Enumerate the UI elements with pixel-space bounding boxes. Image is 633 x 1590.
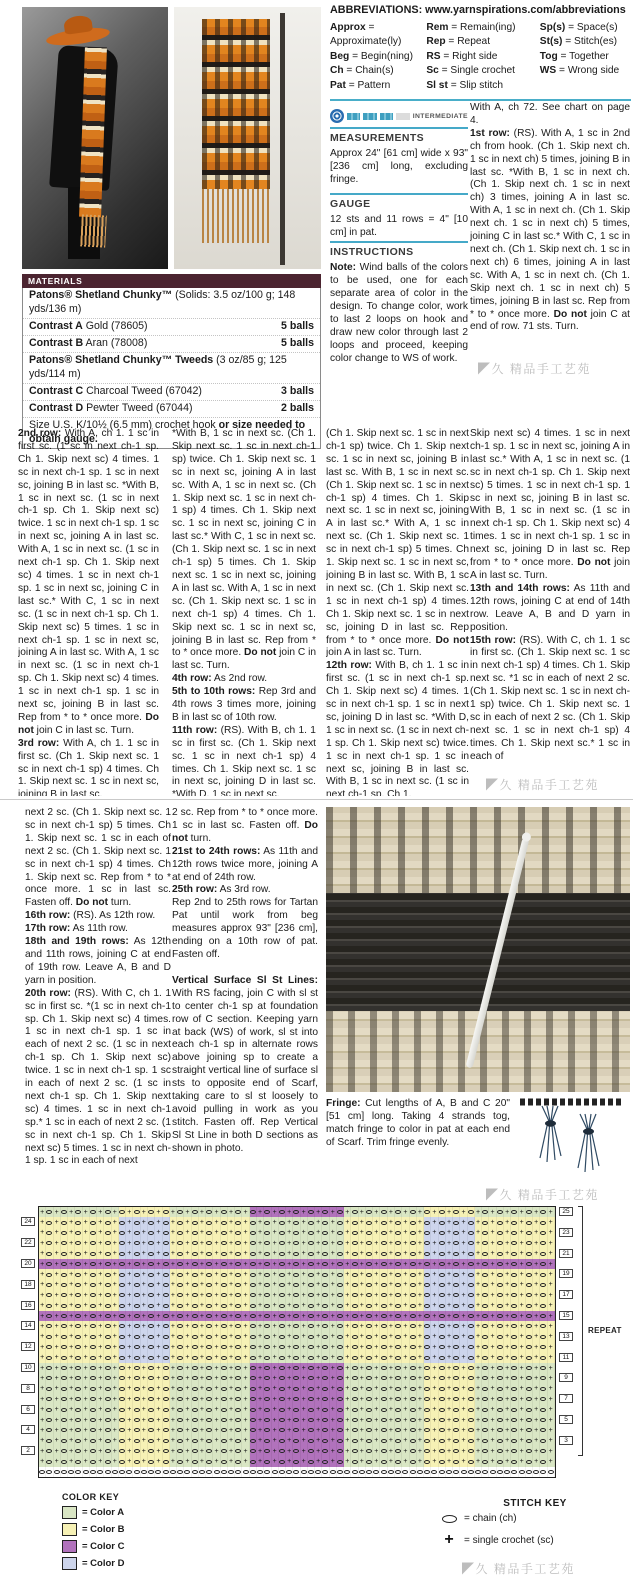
swatch-dark-band: [326, 893, 630, 1011]
pattern-paragraph: With A, ch 72. See chart on page 4.: [470, 102, 630, 128]
chart-row-number-right: 5: [559, 1415, 573, 1424]
color-key-item: = Color B: [62, 1523, 212, 1536]
pattern-paragraph: Sc = Single crochet: [426, 64, 531, 78]
chart-row-5: [39, 1415, 555, 1425]
color-key-items: = Color A= Color B= Color C= Color D: [62, 1506, 212, 1570]
ball-quantity: 5 balls: [275, 337, 314, 351]
instructions-title: INSTRUCTIONS: [330, 246, 468, 258]
chart-row-12: [39, 1342, 555, 1352]
chart-row-25: [39, 1207, 555, 1217]
stitch-key-item: += single crochet (sc): [440, 1532, 630, 1548]
chart-row-3: [39, 1436, 555, 1446]
chart-row-number-left: 4: [21, 1425, 35, 1434]
scarf-detail-photo: [174, 7, 321, 269]
color-swatch-a: [62, 1506, 77, 1519]
abbreviations-column-3: Sp(s) = Space(s)St(s) = Stitch(es)Tog = …: [540, 21, 631, 93]
chart-row-number-left: 14: [21, 1321, 35, 1330]
fringe-diagram: [514, 1094, 628, 1188]
stitch-key-items: = chain (ch)+= single crochet (sc): [440, 1513, 630, 1548]
chart-row-number-left: 18: [21, 1280, 35, 1289]
skill-level-label: INTERMEDIATE: [413, 113, 468, 120]
pattern-paragraph: Ch = Chain(s): [330, 64, 418, 78]
skill-bar-filled: [363, 113, 376, 120]
skill-level-badge: INTERMEDIATE: [330, 109, 468, 123]
pattern-column-4: Skip next sc) 4 times. 1 sc in next ch-1…: [470, 428, 630, 796]
watermark-text: ◤久 精品手工艺苑: [478, 360, 591, 377]
chart-row-22: [39, 1238, 555, 1248]
color-key-title: COLOR KEY: [62, 1492, 212, 1502]
gauge-section: GAUGE 12 sts and 11 rows = 4" [10 cm] in…: [330, 193, 468, 239]
chart-row-18: [39, 1280, 555, 1290]
pattern-paragraph: Sp(s) = Space(s): [540, 21, 631, 35]
ball-quantity: 3 balls: [275, 385, 314, 399]
chart-row-19: [39, 1269, 555, 1279]
chart-row-number-right: 25: [559, 1207, 573, 1216]
chart-grid: [38, 1206, 556, 1478]
pattern-paragraph: Sl st = Slip stitch: [426, 79, 531, 93]
chart-row-9: [39, 1373, 555, 1383]
pattern-paragraph: 4th row: As 2nd row.: [172, 673, 316, 686]
chart-row-number-right: 3: [559, 1436, 573, 1445]
color-key-item: = Color C: [62, 1540, 212, 1553]
pattern-paragraph: Pat = Pattern: [330, 79, 418, 93]
pattern-paragraph: 15th row: (RS). With C, ch 1. 1 sc in fi…: [470, 635, 630, 764]
materials-line: Patons® Shetland Chunky™ Tweeds (3 oz/85…: [23, 352, 320, 383]
pattern-column-2: *With B, 1 sc in next sc. (Ch 1. Skip ne…: [172, 428, 316, 796]
pattern-paragraph: Skip next sc) 4 times. 1 sc in next ch-1…: [470, 428, 630, 583]
pattern-paragraph: 16th row: (RS). As 12th row.: [25, 910, 171, 923]
color-swatch-c: [62, 1540, 77, 1553]
pattern-paragraph: 5th to 10th rows: Rep 3rd and 4th rows 3…: [172, 686, 316, 725]
color-key-item: = Color D: [62, 1557, 212, 1570]
pattern-column-6: 2 sc. Rep from * to * once more. 1 sc in…: [172, 807, 318, 1205]
chart-row-number-right: 23: [559, 1228, 573, 1237]
crochet-pattern-page: MATERIALS Patons® Shetland Chunky™ (Soli…: [0, 0, 633, 1590]
model-photo: [22, 7, 168, 269]
chart-row-number-left: 8: [21, 1384, 35, 1393]
stitch-swatch-photo: [326, 807, 630, 1092]
pattern-column-5: next 2 sc. (Ch 1. Skip next sc. 1 sc in …: [25, 807, 171, 1205]
abbreviations-column-1: Approx = Approximate(ly)Beg = Begin(ning…: [330, 21, 418, 93]
chart-row-number-left: 6: [21, 1405, 35, 1414]
scarf-fringe-shape: [202, 189, 270, 243]
chart-row-2: [39, 1446, 555, 1456]
pattern-paragraph: Rep = Repeat: [426, 35, 531, 49]
color-key-label: = Color A: [82, 1507, 124, 1518]
chart-row-number-right: 21: [559, 1249, 573, 1258]
chart-row-8: [39, 1384, 555, 1394]
pattern-paragraph: Rep 2nd to 25th rows for Tartan Pat unti…: [172, 897, 318, 962]
scarf-plaid-panel: [202, 19, 270, 189]
color-key-label: = Color B: [82, 1524, 125, 1535]
chart-row-number-right: 13: [559, 1332, 573, 1341]
pattern-paragraph: 20th row: (RS). With C, ch 1. 1 sc in fi…: [25, 988, 171, 1169]
pattern-paragraph: Beg = Begin(ning): [330, 50, 418, 64]
pattern-paragraph: 2nd row: With A, ch 1. 1 sc in first sc.…: [18, 428, 159, 738]
fringe-caption: Fringe: Cut lengths of A, B and C 20" [5…: [326, 1098, 510, 1190]
materials-line: Contrast B Aran (78008)5 balls: [23, 335, 320, 352]
pattern-paragraph: Rem = Remain(ing): [426, 21, 531, 35]
pattern-paragraph: RS = Right side: [426, 50, 531, 64]
skill-bar-empty: [396, 113, 409, 120]
stitch-key-label: = chain (ch): [464, 1513, 517, 1524]
ball-quantity: 2 balls: [275, 402, 314, 416]
chart-row-6: [39, 1404, 555, 1414]
materials-list: Patons® Shetland Chunky™ (Solids: 3.5 oz…: [22, 288, 321, 449]
abbreviations-section: ABBREVIATIONS: www.yarnspirations.com/ab…: [330, 4, 631, 101]
stitch-key: STITCH KEY = chain (ch)+= single crochet…: [440, 1498, 630, 1556]
instructions-column-first-row: With A, ch 72. See chart on page 4.1st r…: [470, 102, 630, 370]
chart-row-15: [39, 1311, 555, 1321]
chart-row-number-left: 2: [21, 1446, 35, 1455]
materials-box: MATERIALS Patons® Shetland Chunky™ (Soli…: [22, 274, 321, 449]
instructions-section: INSTRUCTIONS Note: Wind balls of the col…: [330, 241, 468, 365]
pattern-paragraph: 3rd row: With A, ch 1. 1 sc in first sc.…: [18, 738, 159, 796]
color-key-item: = Color A: [62, 1506, 212, 1519]
chart-row-16: [39, 1301, 555, 1311]
chart-row-number-left: 12: [21, 1342, 35, 1351]
chart-row-17: [39, 1290, 555, 1300]
fringe-diagram-illustration: [514, 1094, 628, 1188]
chart-row-number-left: 10: [21, 1363, 35, 1372]
instructions-note: Note: Wind balls of the colors to be use…: [330, 261, 468, 365]
chart-row-number-right: 17: [559, 1290, 573, 1299]
measurements-section: MEASUREMENTS Approx 24" [61 cm] wide x 9…: [330, 127, 468, 186]
pattern-paragraph: *With B, 1 sc in next sc. (Ch 1. Skip ne…: [172, 428, 316, 673]
pattern-paragraph: WS = Wrong side: [540, 64, 631, 78]
materials-line: Contrast A Gold (78605)5 balls: [23, 318, 320, 335]
chart-row-13: [39, 1332, 555, 1342]
repeat-label: REPEAT: [588, 1326, 622, 1335]
chart-row-number-right: 7: [559, 1394, 573, 1403]
pattern-paragraph: St(s) = Stitch(es): [540, 35, 631, 49]
pattern-column-3: (Ch 1. Skip next sc. 1 sc in next ch-1 s…: [326, 428, 469, 796]
chart-row-11: [39, 1352, 555, 1362]
pattern-paragraph: 13th and 14th rows: As 11th and 12th row…: [470, 583, 630, 635]
scarf-stand-shape: [280, 13, 285, 265]
chart-row-number-left: 20: [21, 1259, 35, 1268]
pattern-paragraph: next 2 sc. (Ch 1. Skip next sc. 1 sc in …: [25, 807, 171, 910]
pattern-paragraph: 18th and 19th rows: As 12th and 11th row…: [25, 936, 171, 988]
fringe-paragraph: Fringe: Cut lengths of A, B and C 20" [5…: [326, 1098, 510, 1150]
page-divider: [0, 799, 633, 800]
color-swatch-d: [62, 1557, 77, 1570]
ball-quantity: 5 balls: [275, 320, 314, 334]
pattern-paragraph: 17th row: As 11th row.: [25, 923, 171, 936]
pattern-paragraph: (Ch 1. Skip next sc. 1 sc in next ch-1 s…: [326, 428, 469, 660]
chart-row-7: [39, 1394, 555, 1404]
model-scarf-fringe-shape: [80, 214, 107, 247]
materials-line: Contrast D Pewter Tweed (67044)2 balls: [23, 400, 320, 417]
pattern-paragraph: 11th row: (RS). With B, ch 1. 1 sc in fi…: [172, 725, 316, 796]
chart-row-23: [39, 1228, 555, 1238]
abbreviations-title: ABBREVIATIONS: www.yarnspirations.com/ab…: [330, 4, 631, 16]
chart-row-number-right: 9: [559, 1373, 573, 1382]
materials-line: Contrast C Charcoal Tweed (67042)3 balls: [23, 383, 320, 400]
chart-row-20: [39, 1259, 555, 1269]
color-key-label: = Color C: [82, 1541, 125, 1552]
skill-bar-filled: [380, 113, 393, 120]
sc-symbol-icon: +: [440, 1532, 458, 1548]
stitch-chart: REPEAT 242220181614121086422523211917151…: [38, 1206, 556, 1478]
watermark-text: ◤久 精品手工艺苑: [486, 1186, 599, 1203]
chart-row-4: [39, 1425, 555, 1435]
watermark-text: ◤久 精品手工艺苑: [486, 776, 599, 793]
measurements-text: Approx 24" [61 cm] wide x 93" [236 cm] l…: [330, 147, 468, 186]
stitch-key-title: STITCH KEY: [440, 1498, 630, 1509]
abbreviations-column-2: Rem = Remain(ing)Rep = RepeatRS = Right …: [426, 21, 531, 93]
pattern-paragraph: Approx = Approximate(ly): [330, 21, 418, 50]
materials-line: Patons® Shetland Chunky™ (Solids: 3.5 oz…: [23, 288, 320, 318]
yarn-brand-logo-icon: [330, 109, 344, 123]
watermark-text: ◤久 精品手工艺苑: [462, 1560, 575, 1577]
chart-row-14: [39, 1321, 555, 1331]
repeat-bracket: [578, 1206, 583, 1456]
chart-row-24: [39, 1217, 555, 1227]
chart-row-number-left: 22: [21, 1238, 35, 1247]
chart-row-number-left: 24: [21, 1217, 35, 1226]
pattern-paragraph: 21st to 24th rows: As 11th and 12th rows…: [172, 846, 318, 885]
chart-row-number-left: 16: [21, 1301, 35, 1310]
chart-row-21: [39, 1249, 555, 1259]
stitch-key-label: = single crochet (sc): [464, 1535, 554, 1546]
model-scarf-shape: [79, 47, 107, 218]
color-key-label: = Color D: [82, 1558, 125, 1569]
materials-header: MATERIALS: [22, 274, 321, 288]
chart-row-number-right: 19: [559, 1269, 573, 1278]
pattern-paragraph: 12th row: With B, ch 1. 1 sc in first sc…: [326, 660, 469, 796]
pattern-paragraph: 25th row: As 3rd row.: [172, 884, 318, 897]
chain-symbol-icon: [440, 1515, 458, 1523]
gauge-text: 12 sts and 11 rows = 4" [10 cm] in pat.: [330, 213, 468, 239]
measurements-title: MEASUREMENTS: [330, 132, 468, 144]
gauge-title: GAUGE: [330, 198, 468, 210]
pattern-paragraph: 1st row: (RS). With A, 1 sc in 2nd ch fr…: [470, 128, 630, 335]
chart-row-1: [39, 1456, 555, 1466]
pattern-column-1: 2nd row: With A, ch 1. 1 sc in first sc.…: [18, 428, 159, 796]
stitch-key-item: = chain (ch): [440, 1513, 630, 1524]
swatch-light-band: [326, 807, 630, 893]
skill-bar-filled: [347, 113, 360, 120]
chart-row-10: [39, 1363, 555, 1373]
pattern-paragraph: 2 sc. Rep from * to * once more. 1 sc in…: [172, 807, 318, 846]
chart-row-number-right: 11: [559, 1353, 573, 1362]
color-swatch-b: [62, 1523, 77, 1536]
chart-row-number-right: 15: [559, 1311, 573, 1320]
pattern-paragraph: Vertical Surface Sl St Lines: With RS fa…: [172, 975, 318, 1156]
color-key: COLOR KEY = Color A= Color B= Color C= C…: [62, 1492, 212, 1574]
chart-foundation-chain-row: [39, 1467, 555, 1477]
pattern-paragraph: Tog = Together: [540, 50, 631, 64]
